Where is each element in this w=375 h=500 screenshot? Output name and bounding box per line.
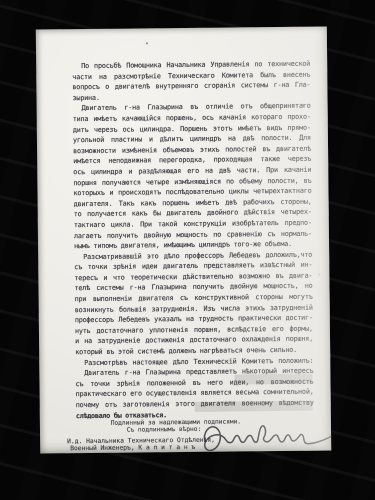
handwritten-signature — [198, 418, 335, 459]
document-body: По просьбѣ Помощника Начальника Управлен… — [72, 59, 314, 422]
signer-role-line-2: Военный Инженеръ, К а п и т а н ъ — [70, 444, 195, 451]
document-page: По просьбѣ Помощника Начальника Управлен… — [36, 26, 331, 453]
ink-speck — [146, 42, 148, 44]
ink-speck — [318, 274, 320, 276]
photographed-document-scan: { "document": { "language_note": "Russia… — [0, 0, 375, 500]
